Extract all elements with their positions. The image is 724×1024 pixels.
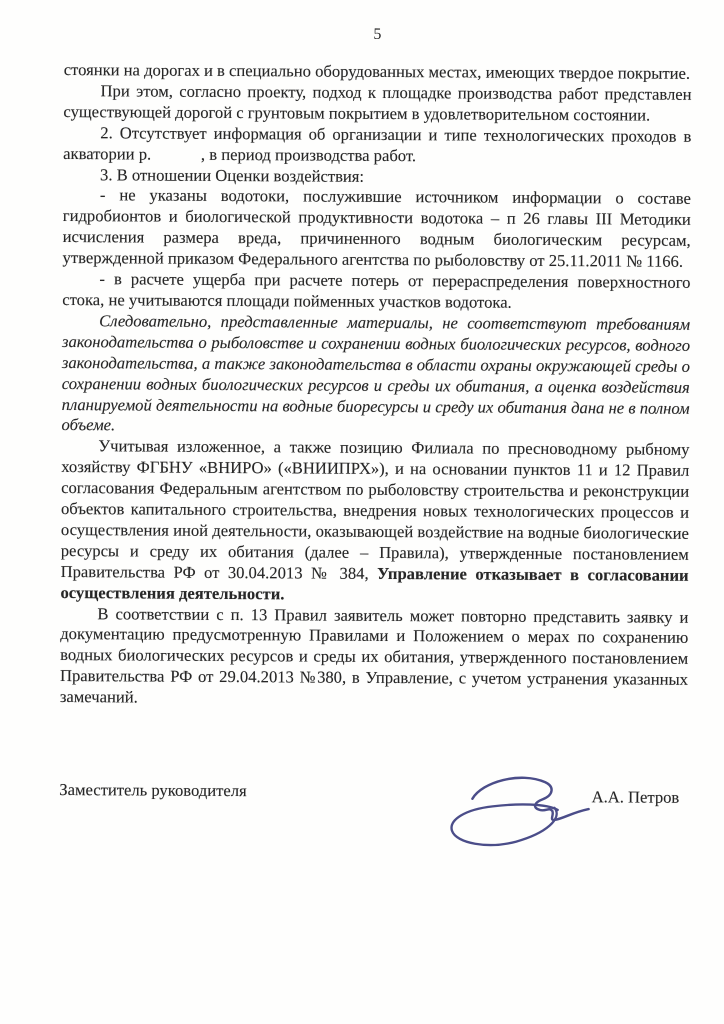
paragraph-decision: Учитывая изложенное, а также позицию Фил… <box>60 436 689 607</box>
paragraph-item-2: 2. Отсутствует информация об организации… <box>63 123 691 169</box>
paragraph-conclusion-italic: Следовательно, представленные материалы,… <box>61 311 690 440</box>
page-number: 5 <box>64 24 692 46</box>
paragraph-bullet-damage-calc: - в расчете ущерба при расчете потерь от… <box>62 269 690 315</box>
page-content: 5 стоянки на дорогах и в специально обор… <box>59 24 692 888</box>
handwritten-signature-icon <box>443 762 594 859</box>
signer-name: А.А. Петров <box>592 787 680 808</box>
paragraph-decision-text: Учитывая изложенное, а также позицию Фил… <box>61 437 690 583</box>
signer-position-title: Заместитель руководителя <box>59 780 246 801</box>
paragraph-access-road: При этом, согласно проекту, подход к пло… <box>63 81 691 127</box>
signature-block: Заместитель руководителя А.А. Петров <box>59 774 688 888</box>
paragraph-bullet-watercourses: - не указаны водотоки, послужившие источ… <box>63 185 691 272</box>
document-page: 5 стоянки на дорогах и в специально обор… <box>0 0 724 1024</box>
paragraph-resubmission: В соответствии с п. 13 Правил заявитель … <box>60 604 689 712</box>
